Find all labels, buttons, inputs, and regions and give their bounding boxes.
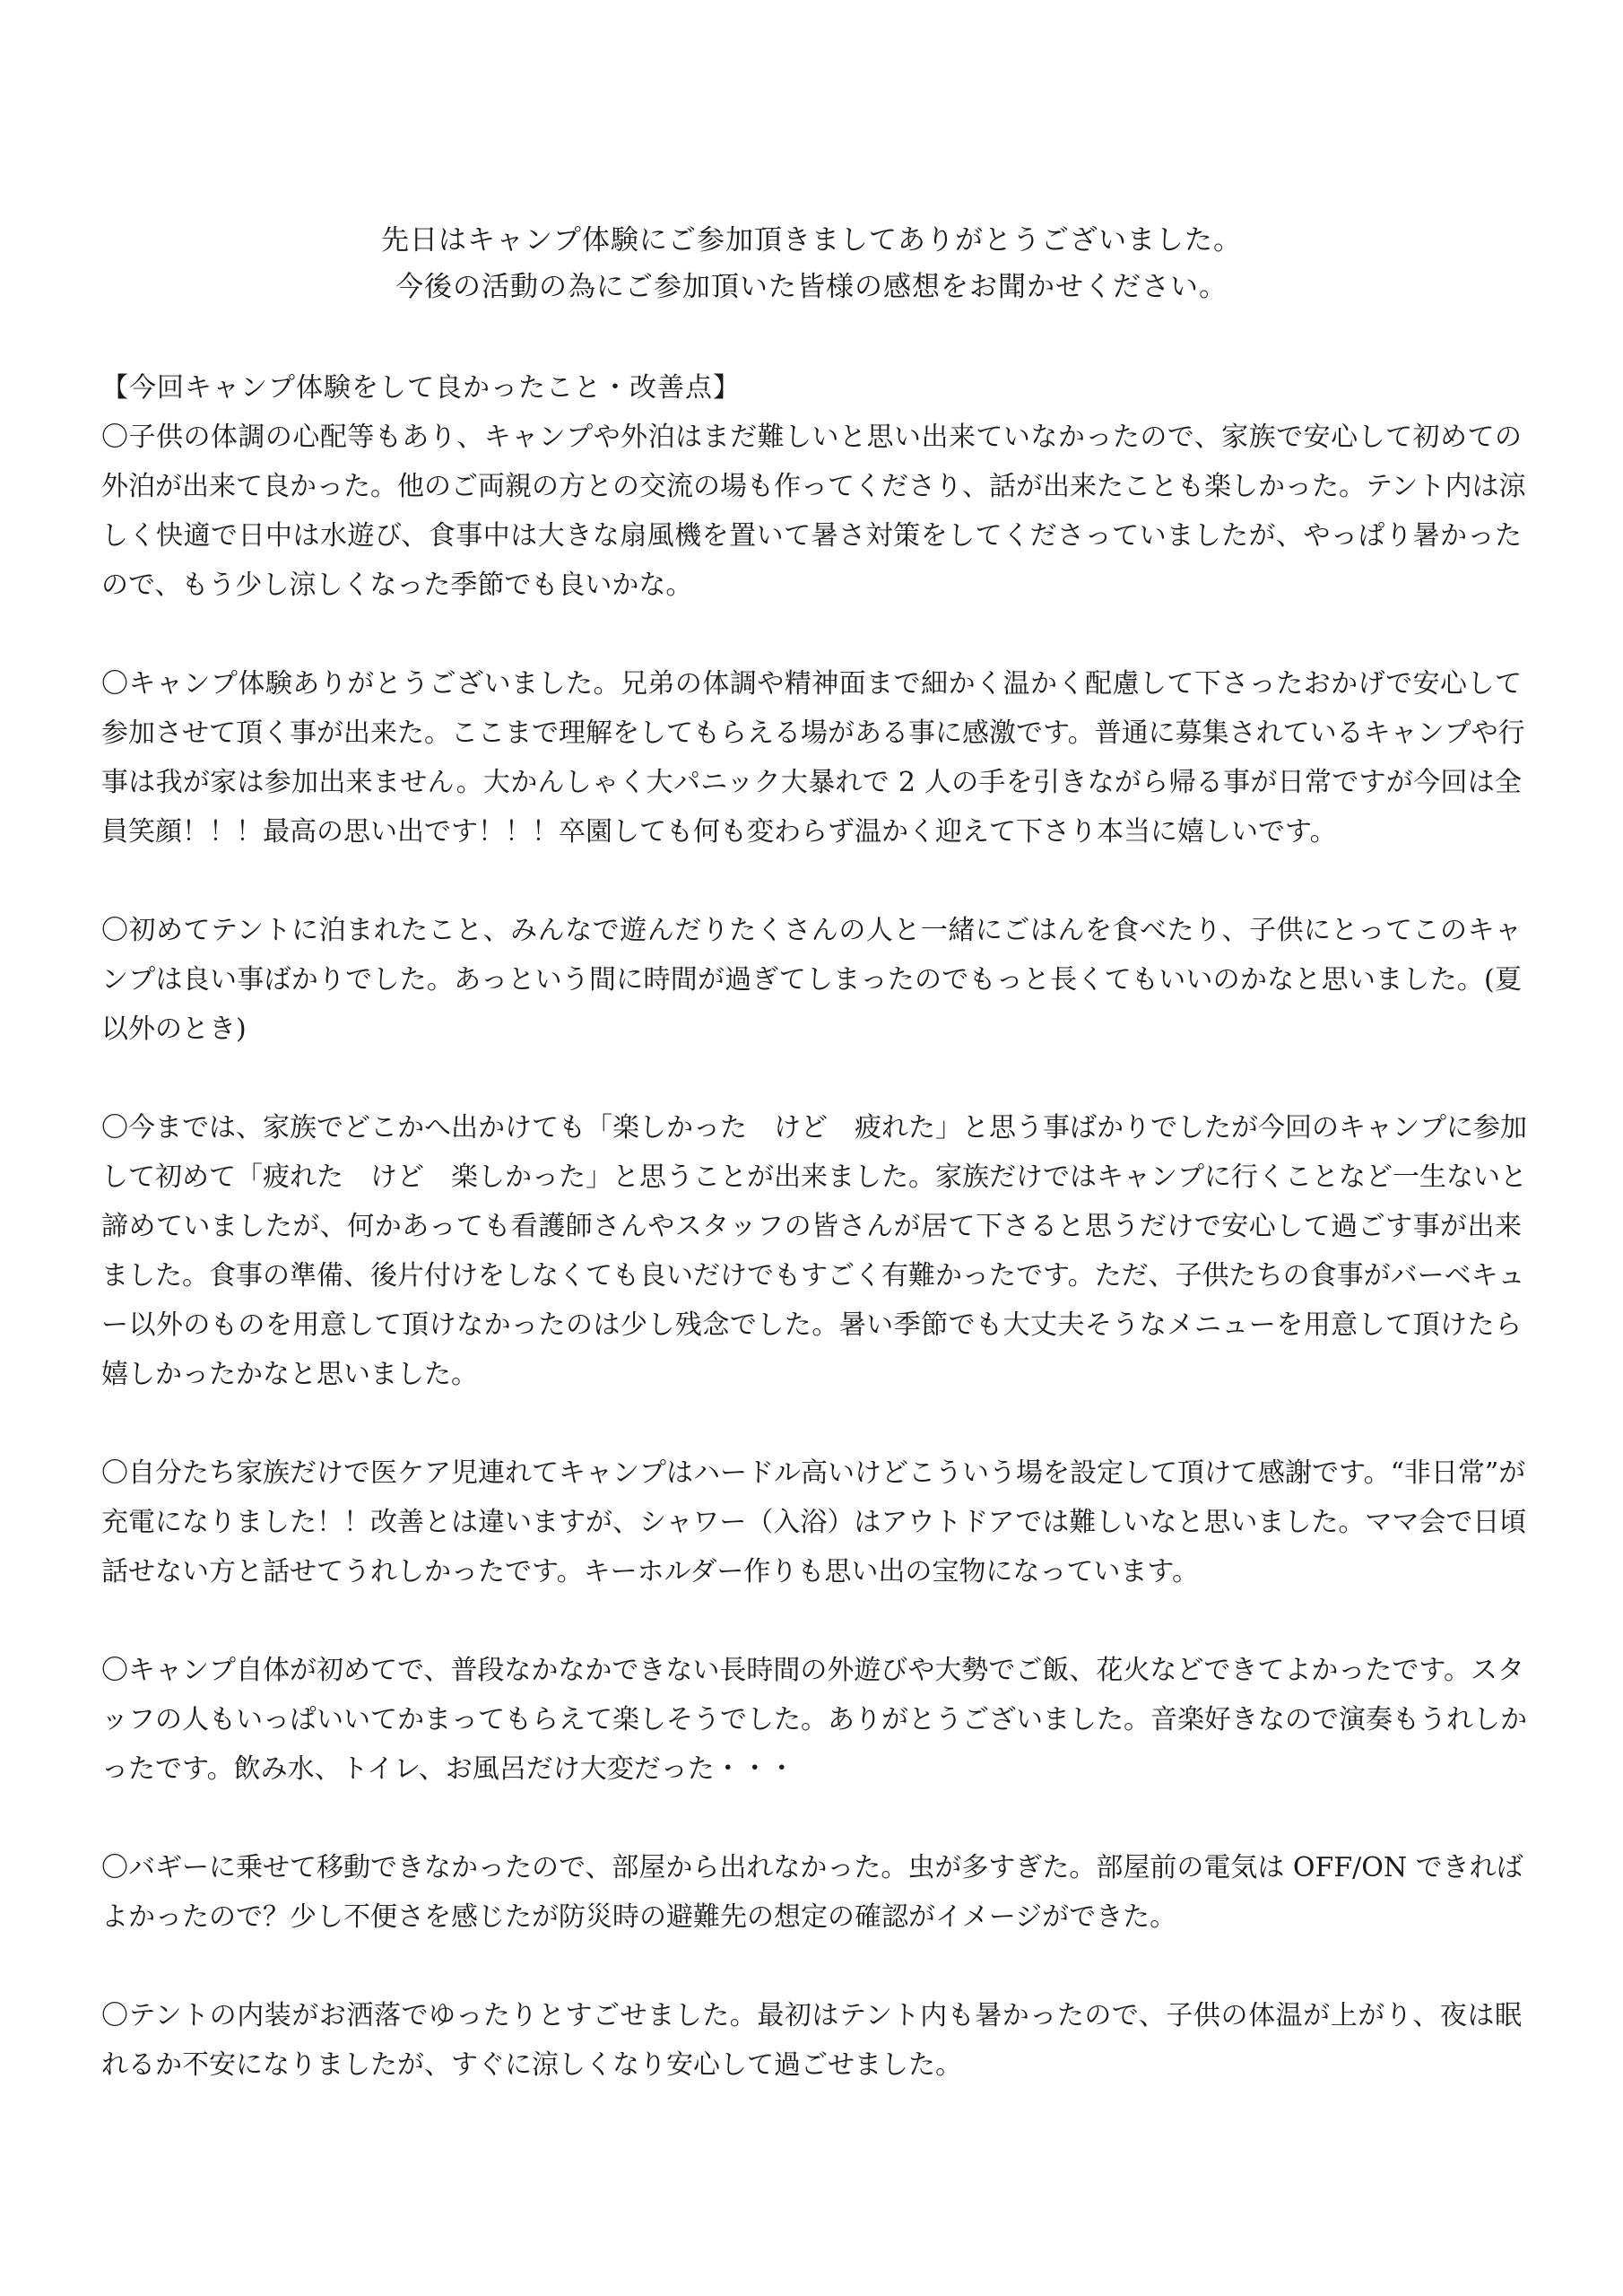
paragraph-line: 嬉しかったかなと思いました。 bbox=[101, 1350, 1522, 1399]
feedback-paragraph: 〇テントの内装がお洒落でゆったりとすごせました。最初はテント内も暑かったので、子… bbox=[101, 1991, 1527, 2090]
paragraph-line: 〇バギーに乗せて移動できなかったので、部屋から出れなかった。虫が多すぎた。部屋前… bbox=[101, 1843, 1522, 1892]
paragraph-line: ので、もう少し涼しくなった季節でも良いかな。 bbox=[101, 561, 1522, 610]
paragraph-line: 〇自分たち家族だけで医ケア児連れてキャンプはハードル高いけどこういう場を設定して… bbox=[101, 1448, 1522, 1498]
paragraph-line: ンプは良い事ばかりでした。あっという間に時間が過ぎてしまったのでもっと長くてもい… bbox=[101, 955, 1522, 1004]
document-page: 先日はキャンプ体験にご参加頂きましてありがとうございました。 今後の活動の為にご… bbox=[0, 0, 1623, 2296]
feedback-paragraph: 〇バギーに乗せて移動できなかったので、部屋から出れなかった。虫が多すぎた。部屋前… bbox=[101, 1843, 1527, 1942]
feedback-paragraph: 〇今までは、家族でどこかへ出かけても「楽しかった けど 疲れた」と思う事ばかりで… bbox=[101, 1103, 1527, 1399]
paragraph-line: ッフの人もいっぱいいてかまってもらえて楽しそうでした。ありがとうございました。音… bbox=[101, 1695, 1522, 1744]
paragraph-line: 員笑顔！！！最高の思い出です！！！卒園しても何も変わらず温かく迎えて下さり本当に… bbox=[101, 807, 1522, 857]
paragraph-line: ったです。飲み水、トイレ、お風呂だけ大変だった・・・ bbox=[101, 1744, 1522, 1794]
feedback-paragraph: 〇キャンプ自体が初めてで、普段なかなかできない長時間の外遊びや大勢でご飯、花火な… bbox=[101, 1646, 1527, 1794]
intro-line: 今後の活動の為にご参加頂いた皆様の感想をお聞かせください。 bbox=[0, 264, 1623, 310]
paragraph-line: 参加させて頂く事が出来た。ここまで理解をしてもらえる場がある事に感激です。普通に… bbox=[101, 709, 1522, 758]
paragraph-line: 〇キャンプ体験ありがとうございました。兄弟の体調や精神面まで細かく温かく配慮して… bbox=[101, 659, 1522, 709]
paragraph-line: ー以外のものを用意して頂けなかったのは少し残念でした。暑い季節でも大丈夫そうなメ… bbox=[101, 1300, 1522, 1350]
intro-line: 先日はキャンプ体験にご参加頂きましてありがとうございました。 bbox=[0, 217, 1623, 264]
paragraph-line: 以外のとき) bbox=[101, 1004, 1522, 1054]
paragraph-line: 〇子供の体調の心配等もあり、キャンプや外泊はまだ難しいと思い出来ていなかったので… bbox=[101, 413, 1522, 462]
feedback-paragraph: 〇子供の体調の心配等もあり、キャンプや外泊はまだ難しいと思い出来ていなかったので… bbox=[101, 413, 1527, 610]
paragraph-line: 〇今までは、家族でどこかへ出かけても「楽しかった けど 疲れた」と思う事ばかりで… bbox=[101, 1103, 1522, 1152]
intro-message: 先日はキャンプ体験にご参加頂きましてありがとうございました。 今後の活動の為にご… bbox=[0, 217, 1623, 310]
section-heading: 【今回キャンプ体験をして良かったこと・改善点】 bbox=[101, 363, 1527, 413]
feedback-paragraph: 〇自分たち家族だけで医ケア児連れてキャンプはハードル高いけどこういう場を設定して… bbox=[101, 1448, 1527, 1596]
feedback-paragraph: 〇初めてテントに泊まれたこと、みんなで遊んだりたくさんの人と一緒にごはんを食べた… bbox=[101, 906, 1527, 1054]
paragraph-line: 〇キャンプ自体が初めてで、普段なかなかできない長時間の外遊びや大勢でご飯、花火な… bbox=[101, 1646, 1522, 1695]
paragraph-line: ました。食事の準備、後片付けをしなくても良いだけでもすごく有難かったです。ただ、… bbox=[101, 1251, 1522, 1300]
paragraph-line: 外泊が出来て良かった。他のご両親の方との交流の場も作ってくださり、話が出来たこと… bbox=[101, 462, 1522, 511]
paragraph-line: 〇初めてテントに泊まれたこと、みんなで遊んだりたくさんの人と一緒にごはんを食べた… bbox=[101, 906, 1522, 955]
paragraph-line: 〇テントの内装がお洒落でゆったりとすごせました。最初はテント内も暑かったので、子… bbox=[101, 1991, 1522, 2040]
paragraph-line: よかったので？少し不便さを感じたが防災時の避難先の想定の確認がイメージができた。 bbox=[101, 1892, 1522, 1942]
paragraph-line: して初めて「疲れた けど 楽しかった」と思うことが出来ました。家族だけではキャン… bbox=[101, 1152, 1522, 1202]
paragraph-line: 話せない方と話せてうれしかったです。キーホルダー作りも思い出の宝物になっています… bbox=[101, 1547, 1522, 1596]
feedback-paragraph: 〇キャンプ体験ありがとうございました。兄弟の体調や精神面まで細かく温かく配慮して… bbox=[101, 659, 1527, 857]
paragraph-line: れるか不安になりましたが、すぐに涼しくなり安心して過ごせました。 bbox=[101, 2040, 1522, 2090]
paragraph-line: 充電になりました！！改善とは違いますが、シャワー（入浴）はアウトドアでは難しいな… bbox=[101, 1498, 1522, 1547]
feedback-section: 【今回キャンプ体験をして良かったこと・改善点】 〇子供の体調の心配等もあり、キャ… bbox=[101, 363, 1527, 2090]
paragraph-line: 事は我が家は参加出来ません。大かんしゃく大パニック大暴れで 2 人の手を引きなが… bbox=[101, 758, 1522, 807]
paragraph-line: しく快適で日中は水遊び、食事中は大きな扇風機を置いて暑さ対策をしてくださっていま… bbox=[101, 511, 1522, 561]
paragraph-line: 諦めていましたが、何かあっても看護師さんやスタッフの皆さんが居て下さると思うだけ… bbox=[101, 1202, 1522, 1251]
